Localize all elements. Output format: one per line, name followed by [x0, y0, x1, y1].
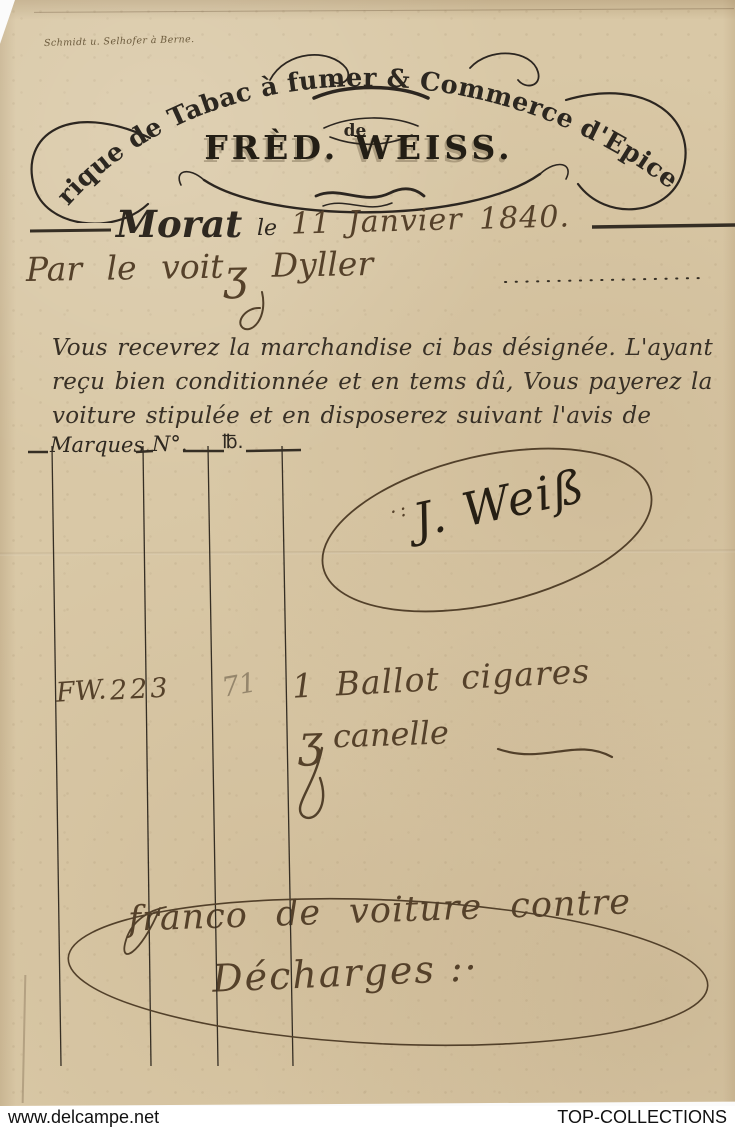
goods-item-name: canelle	[332, 713, 449, 755]
handwritten-date: 11 Janvier 1840.	[291, 199, 571, 241]
body-line-2: reçu bien conditionnée et en tems dû, Vo…	[52, 365, 702, 399]
body-line-3: voiture stipulée et en disposerez suivan…	[52, 399, 702, 433]
column-header-pounds: ℔.	[222, 431, 244, 453]
goods-numero: 223	[109, 672, 171, 706]
body-line-1: Vous recevrez la marchandise ci bas dési…	[52, 331, 702, 365]
carrier-abbreviation-mark: ʒ	[223, 250, 248, 299]
watermark-band: www.delcampe.net TOP-COLLECTIONS	[0, 1106, 735, 1132]
le-label: le	[257, 216, 277, 241]
company-name: FRÈD. WEISS.	[185, 128, 533, 167]
column-header-numero: N°.	[152, 432, 188, 456]
carrier-prefix: Par le voit	[26, 247, 224, 289]
goods-description-line2: ʒ canelle	[297, 711, 450, 767]
scanned-invoice-page: Schmidt u. Selhofer à Berne. Fabrique de…	[0, 0, 735, 1132]
place-label: Morat	[116, 202, 242, 246]
carrier-line: Par le voitʒ Dyller	[26, 244, 374, 303]
goods-marque: FW.	[55, 674, 107, 708]
watermark-brand: TOP-COLLECTIONS	[557, 1107, 727, 1128]
goods-weight-pencil: 71	[220, 667, 259, 703]
goods-quantity-mark: ʒ	[297, 716, 324, 768]
column-header-marques: Marques.	[50, 433, 151, 457]
watermark-site: www.delcampe.net	[8, 1107, 159, 1128]
carrier-name: Dyller	[271, 244, 373, 285]
body-paragraph: Vous recevrez la marchandise ci bas dési…	[52, 331, 702, 433]
